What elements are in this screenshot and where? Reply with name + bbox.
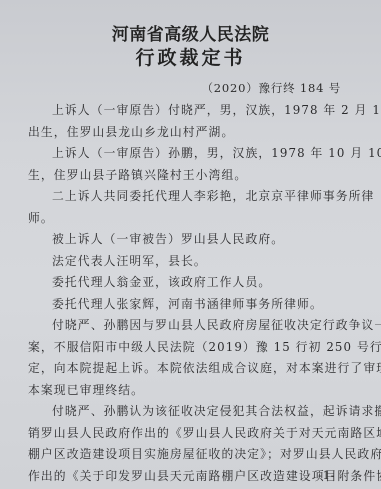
body-line: 付晓严、孙鹏认为该征收决定侵犯其合法权益，起诉请求撤: [28, 401, 348, 423]
body-line: 付晓严、孙鹏因与罗山县人民政府房屋征收决定行政争议一: [28, 315, 348, 337]
body-line: 作出的《关于印发罗山县天元南路棚户区改造建设项目附条件协: [28, 466, 348, 488]
document-type-title: 行政裁定书: [0, 43, 381, 70]
body-line: 委托代理人张家辉，河南书涵律师事务所律师。: [28, 294, 348, 316]
body-line: 二上诉人共同委托代理人李彩艳，北京京平律师事务所律: [28, 186, 348, 208]
document-page: 河南省高级人民法院 行政裁定书 （2020）豫行终 184 号 上诉人（一审原告…: [0, 0, 381, 489]
case-number: （2020）豫行终 184 号: [201, 80, 341, 96]
body-line: 被上诉人（一审被告）罗山县人民政府。: [28, 229, 348, 251]
body-line: 上诉人（一审原告）付晓严，男，汉族，1978 年 2 月 13 日: [28, 100, 348, 122]
body-line: 上诉人（一审原告）孙鹏，男，汉族，1978 年 10 月 10 日出: [28, 143, 348, 165]
body-line: 师。: [28, 208, 348, 230]
body-line: 出生，住罗山县龙山乡龙山村严湖。: [28, 122, 348, 144]
body-line: 定，向本院提起上诉。本院依法组成合议庭，对本案进行了审理。: [28, 358, 348, 380]
body-line: 生，住罗山县子路镇兴隆村王小湾组。: [28, 165, 348, 187]
court-name: 河南省高级人民法院: [0, 20, 381, 45]
body-line: 本案现已审理终结。: [28, 380, 348, 402]
page-number: -1-: [318, 469, 335, 482]
document-body: 上诉人（一审原告）付晓严，男，汉族，1978 年 2 月 13 日出生，住罗山县…: [28, 100, 348, 487]
body-line: 案，不服信阳市中级人民法院（2019）豫 15 行初 250 号行政裁: [28, 337, 348, 359]
body-line: 法定代表人汪明军，县长。: [28, 251, 348, 273]
body-line: 棚户区改造建设项目实施房屋征收的决定》；对罗山县人民政府: [28, 444, 348, 466]
body-line: 销罗山县人民政府作出的《罗山县人民政府关于对天元南路区域: [28, 423, 348, 445]
body-line: 委托代理人翁金亚，该政府工作人员。: [28, 272, 348, 294]
